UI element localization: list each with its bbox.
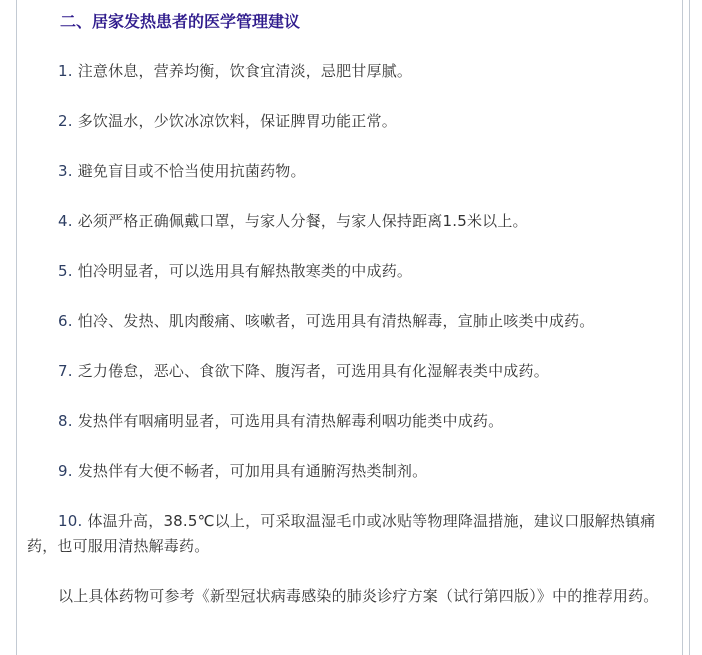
item-text: 体温升高，38.5℃以上，可采取温湿毛巾或冰贴等物理降温措施，建议口服解热镇痛药… [27, 512, 656, 555]
item-number: 5. [58, 262, 73, 280]
closing-paragraph: 以上具体药物可参考《新型冠状病毒感染的肺炎诊疗方案（试行第四版）》中的推荐用药。 [27, 584, 675, 609]
item-text: 避免盲目或不恰当使用抗菌药物。 [78, 162, 306, 180]
item-number: 6. [58, 312, 73, 330]
list-item-8: 8. 发热伴有咽痛明显者，可选用具有清热解毒利咽功能类中成药。 [27, 409, 675, 434]
item-text: 怕冷明显者，可以选用具有解热散寒类的中成药。 [78, 262, 412, 280]
item-number: 7. [58, 362, 73, 380]
item-number: 2. [58, 112, 73, 130]
list-item-4: 4. 必须严格正确佩戴口罩，与家人分餐，与家人保持距离1.5米以上。 [27, 209, 675, 234]
list-item-1: 1. 注意休息，营养均衡，饮食宜清淡，忌肥甘厚腻。 [27, 59, 675, 84]
item-text: 发热伴有大便不畅者，可加用具有通腑泻热类制剂。 [78, 462, 428, 480]
item-text: 注意休息，营养均衡，饮食宜清淡，忌肥甘厚腻。 [78, 62, 412, 80]
item-text: 发热伴有咽痛明显者，可选用具有清热解毒利咽功能类中成药。 [78, 412, 504, 430]
item-number: 3. [58, 162, 73, 180]
item-text: 乏力倦怠，恶心、食欲下降、腹泻者，可选用具有化湿解表类中成药。 [78, 362, 549, 380]
list-item-3: 3. 避免盲目或不恰当使用抗菌药物。 [27, 159, 675, 184]
item-text: 必须严格正确佩戴口罩，与家人分餐，与家人保持距离1.5米以上。 [78, 212, 528, 230]
page-border-right [689, 0, 690, 655]
list-item-9: 9. 发热伴有大便不畅者，可加用具有通腑泻热类制剂。 [27, 459, 675, 484]
content-border-left [16, 0, 17, 655]
list-item-7: 7. 乏力倦怠，恶心、食欲下降、腹泻者，可选用具有化湿解表类中成药。 [27, 359, 675, 384]
list-item-2: 2. 多饮温水，少饮冰凉饮料，保证脾胃功能正常。 [27, 109, 675, 134]
item-number: 10. [58, 512, 82, 530]
content-border-right [682, 0, 683, 655]
list-item-5: 5. 怕冷明显者，可以选用具有解热散寒类的中成药。 [27, 259, 675, 284]
item-text: 多饮温水，少饮冰凉饮料，保证脾胃功能正常。 [78, 112, 397, 130]
item-number: 8. [58, 412, 73, 430]
list-item-6: 6. 怕冷、发热、肌肉酸痛、咳嗽者，可选用具有清热解毒，宣肺止咳类中成药。 [27, 309, 675, 334]
section-heading: 二、居家发热患者的医学管理建议 [60, 9, 300, 34]
item-number: 1. [58, 62, 73, 80]
item-number: 9. [58, 462, 73, 480]
item-number: 4. [58, 212, 73, 230]
item-text: 怕冷、发热、肌肉酸痛、咳嗽者，可选用具有清热解毒，宣肺止咳类中成药。 [78, 312, 595, 330]
list-item-10: 10. 体温升高，38.5℃以上，可采取温湿毛巾或冰贴等物理降温措施，建议口服解… [27, 509, 675, 559]
